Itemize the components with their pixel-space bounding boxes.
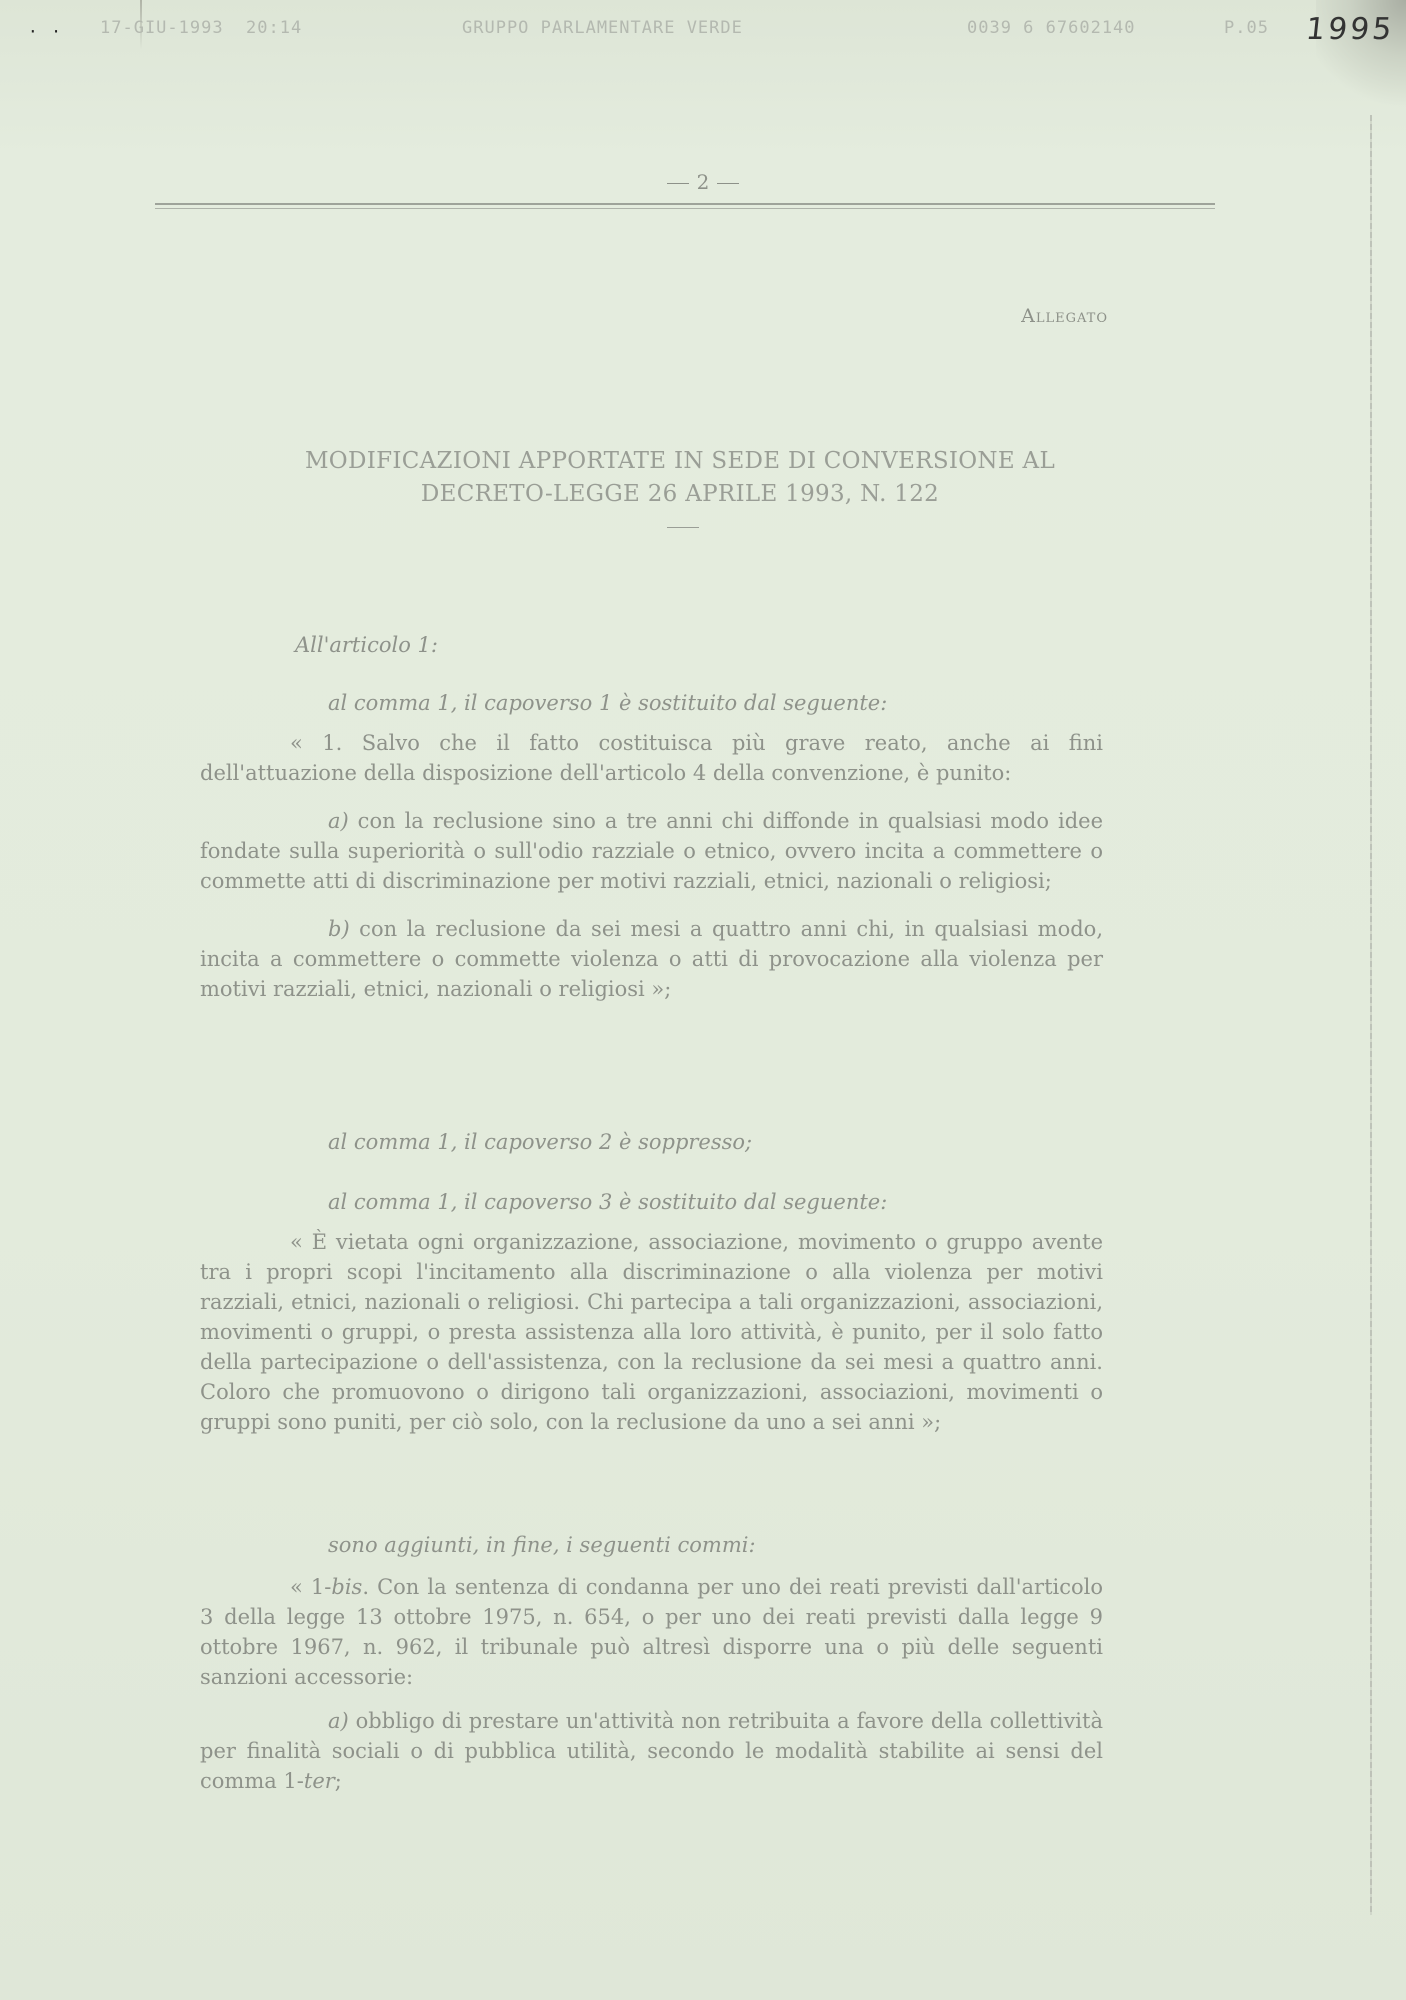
section-4: sono aggiunti, in fine, i seguenti commi… (200, 1530, 1103, 1796)
item-bis-a-italic: ter (304, 1769, 335, 1793)
fax-header: · · 17-GIU-1993 20:14 GRUPPO PARLAMENTAR… (0, 14, 1406, 44)
paragraph-bis-prefix: « 1- (290, 1575, 331, 1599)
section-1: al comma 1, il capoverso 1 è sostituito … (200, 688, 1103, 1004)
margin-line (1370, 115, 1372, 1915)
allegato-label: Allegato (1021, 305, 1108, 327)
instruction-3: al comma 1, il capoverso 3 è sostituito … (200, 1187, 1103, 1217)
paragraph-1: « 1. Salvo che il fatto costituisca più … (200, 728, 1103, 788)
section-2: al comma 1, il capoverso 2 è soppresso; (200, 1127, 1103, 1157)
instruction-2: al comma 1, il capoverso 2 è soppresso; (200, 1127, 1103, 1157)
paragraph-bis-italic: bis (331, 1575, 362, 1599)
handwritten-note: 1995 (1304, 12, 1396, 47)
title-separator (667, 527, 699, 528)
fax-marks: · · (28, 22, 63, 41)
section-3: al comma 1, il capoverso 3 è sostituito … (200, 1187, 1103, 1437)
page-number-value: 2 (697, 170, 710, 194)
article-heading: All'articolo 1: (200, 630, 1103, 660)
instruction-1: al comma 1, il capoverso 1 è sostituito … (200, 688, 1103, 718)
item-a: a) con la reclusione sino a tre anni chi… (200, 806, 1103, 896)
item-bis-a: a) obbligo di prestare un'attività non r… (200, 1706, 1103, 1796)
item-bis-a-end: ; (335, 1769, 342, 1793)
dash-left (667, 183, 689, 184)
paragraph-bis: « 1-bis. Con la sentenza di condanna per… (200, 1572, 1103, 1692)
fax-page: P.05 (1224, 18, 1269, 38)
document-body: All'articolo 1: (200, 630, 1103, 660)
instruction-4: sono aggiunti, in fine, i seguenti commi… (200, 1530, 1103, 1560)
document-title: MODIFICAZIONI APPORTATE IN SEDE DI CONVE… (240, 445, 1120, 511)
page-number: 2 (0, 170, 1406, 194)
item-b: b) con la reclusione da sei mesi a quatt… (200, 914, 1103, 1004)
item-bis-a-label: a) (328, 1709, 349, 1733)
dash-right (717, 183, 739, 184)
paragraph-3: « È vietata ogni organizzazione, associa… (200, 1227, 1103, 1437)
item-b-label: b) (328, 917, 350, 941)
fax-date-time: 17-GIU-1993 20:14 (100, 18, 302, 38)
header-rule (155, 203, 1215, 209)
fax-sender: GRUPPO PARLAMENTARE VERDE (462, 18, 743, 38)
item-a-label: a) (328, 809, 349, 833)
fax-phone: 0039 6 67602140 (967, 18, 1136, 38)
